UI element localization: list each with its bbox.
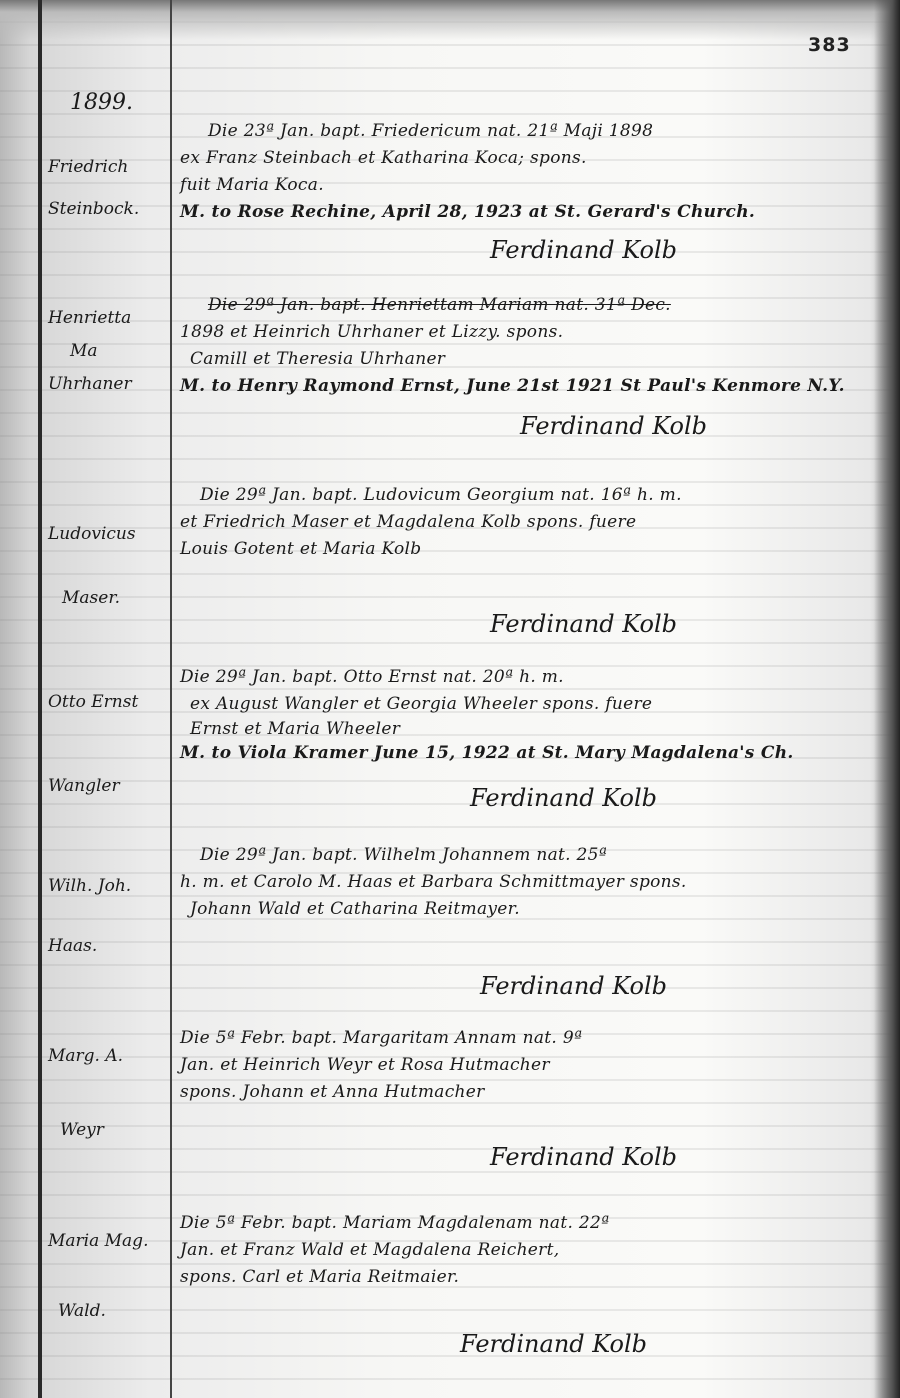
entry-line: Camill et Theresia Uhrhaner: [180, 346, 860, 373]
year-heading: 1899.: [70, 90, 133, 115]
priest-signature: Ferdinand Kolb: [470, 784, 657, 812]
marriage-note: M. to Henry Raymond Ernst, June 21st 192…: [180, 373, 860, 400]
entry-line: Die 23ª Jan. bapt. Friedericum nat. 21ª …: [180, 118, 860, 145]
margin-given-name: Ludovicus: [48, 502, 168, 566]
priest-signature: Ferdinand Kolb: [480, 972, 667, 1000]
entry-line: Jan. et Heinrich Weyr et Rosa Hutmacher: [180, 1052, 860, 1079]
margin-given-name: Otto Ernst: [48, 660, 168, 744]
register-page: 383 1899. Friedrich Steinbock. Die 23ª J…: [0, 0, 900, 1398]
entry-text: Die 5ª Febr. bapt. Margaritam Annam nat.…: [180, 1025, 860, 1106]
entry-line: et Friedrich Maser et Magdalena Kolb spo…: [180, 509, 860, 536]
entry-line: spons. Johann et Anna Hutmacher: [180, 1079, 860, 1106]
margin-given-name: Friedrich: [48, 146, 168, 188]
margin-surname: Steinbock.: [48, 188, 168, 230]
margin-surname: Uhrhaner: [48, 368, 168, 401]
margin-name: Marg. A. Weyr: [48, 1019, 168, 1167]
entry-text: Die 29ª Jan. bapt. Ludovicum Georgium na…: [180, 482, 860, 563]
entry-text: Die 29ª Jan. bapt. Wilhelm Johannem nat.…: [180, 842, 860, 923]
margin-given-name: Henrietta: [48, 302, 168, 335]
scan-shadow-top: [0, 0, 900, 40]
margin-given-name: Marg. A.: [48, 1019, 168, 1093]
margin-rule-left: [38, 0, 42, 1398]
margin-surname: Wald.: [48, 1276, 168, 1346]
margin-name: Ludovicus Maser.: [48, 502, 168, 630]
entry-line: 1898 et Heinrich Uhrhaner et Lizzy. spon…: [180, 319, 860, 346]
margin-middle-name: Ma: [48, 335, 168, 368]
margin-name: Friedrich Steinbock.: [48, 146, 168, 230]
entry-text: Die 5ª Febr. bapt. Mariam Magdalenam nat…: [180, 1210, 860, 1291]
scan-shadow-right: [874, 0, 900, 1398]
entry-line: Louis Gotent et Maria Kolb: [180, 536, 860, 563]
marriage-note: M. to Viola Kramer June 15, 1922 at St. …: [180, 740, 860, 767]
margin-name: Otto Ernst Wangler: [48, 660, 168, 828]
entry-line-struck: Die 29ª Jan. bapt. Henriettam Mariam nat…: [180, 292, 860, 319]
entry-text: Die 23ª Jan. bapt. Friedericum nat. 21ª …: [180, 118, 860, 226]
marriage-note: M. to Rose Rechine, April 28, 1923 at St…: [180, 199, 860, 226]
entry-line: h. m. et Carolo M. Haas et Barbara Schmi…: [180, 869, 860, 896]
entry-text: Die 29ª Jan. bapt. Otto Ernst nat. 20ª h…: [180, 664, 860, 767]
entry-line: Jan. et Franz Wald et Magdalena Reichert…: [180, 1237, 860, 1264]
entry-line: fuit Maria Koca.: [180, 172, 860, 199]
entry-text: Die 29ª Jan. bapt. Henriettam Mariam nat…: [180, 292, 860, 400]
entry-line: Die 29ª Jan. bapt. Ludovicum Georgium na…: [180, 482, 860, 509]
priest-signature: Ferdinand Kolb: [520, 412, 707, 440]
priest-signature: Ferdinand Kolb: [490, 1143, 677, 1171]
margin-given-name: Wilh. Joh.: [48, 856, 168, 916]
margin-given-name: Maria Mag.: [48, 1206, 168, 1276]
margin-name: Henrietta Ma Uhrhaner: [48, 302, 168, 401]
margin-name: Wilh. Joh. Haas.: [48, 856, 168, 976]
entry-line: Johann Wald et Catharina Reitmayer.: [180, 896, 860, 923]
entry-line: Ernst et Maria Wheeler: [180, 718, 860, 740]
margin-surname: Maser.: [48, 566, 168, 630]
margin-surname: Haas.: [48, 916, 168, 976]
page-number: 383: [808, 34, 851, 56]
priest-signature: Ferdinand Kolb: [490, 236, 677, 264]
priest-signature: Ferdinand Kolb: [460, 1330, 647, 1358]
entry-line: Die 29ª Jan. bapt. Wilhelm Johannem nat.…: [180, 842, 860, 869]
entry-line: Die 29ª Jan. bapt. Otto Ernst nat. 20ª h…: [180, 664, 860, 691]
margin-rule-names: [170, 0, 172, 1398]
entry-line: Die 5ª Febr. bapt. Margaritam Annam nat.…: [180, 1025, 860, 1052]
entry-line: ex Franz Steinbach et Katharina Koca; sp…: [180, 145, 860, 172]
margin-surname: Weyr: [48, 1093, 168, 1167]
entry-line: ex August Wangler et Georgia Wheeler spo…: [180, 691, 860, 718]
margin-surname: Wangler: [48, 744, 168, 828]
entry-line: spons. Carl et Maria Reitmaier.: [180, 1264, 860, 1291]
priest-signature: Ferdinand Kolb: [490, 610, 677, 638]
margin-name: Maria Mag. Wald.: [48, 1206, 168, 1346]
entry-line: Die 5ª Febr. bapt. Mariam Magdalenam nat…: [180, 1210, 860, 1237]
